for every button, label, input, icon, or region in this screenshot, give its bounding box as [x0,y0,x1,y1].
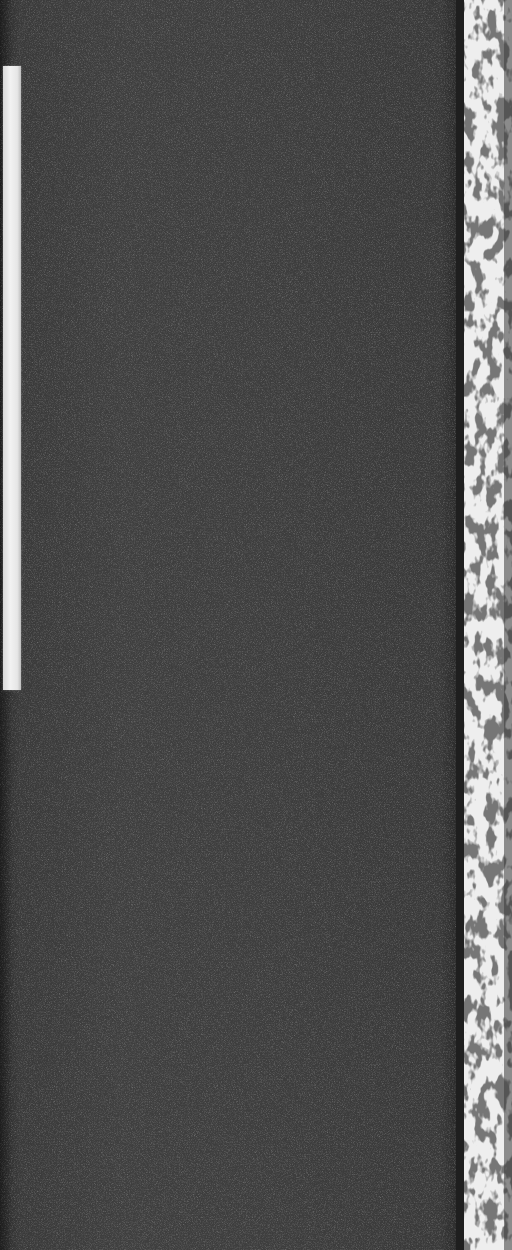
road-photo [0,0,512,1250]
asphalt-texture [0,0,512,1250]
edge-line-wear [464,0,512,1250]
edge-gap [456,0,464,1250]
lane-marking-dash [3,66,21,690]
